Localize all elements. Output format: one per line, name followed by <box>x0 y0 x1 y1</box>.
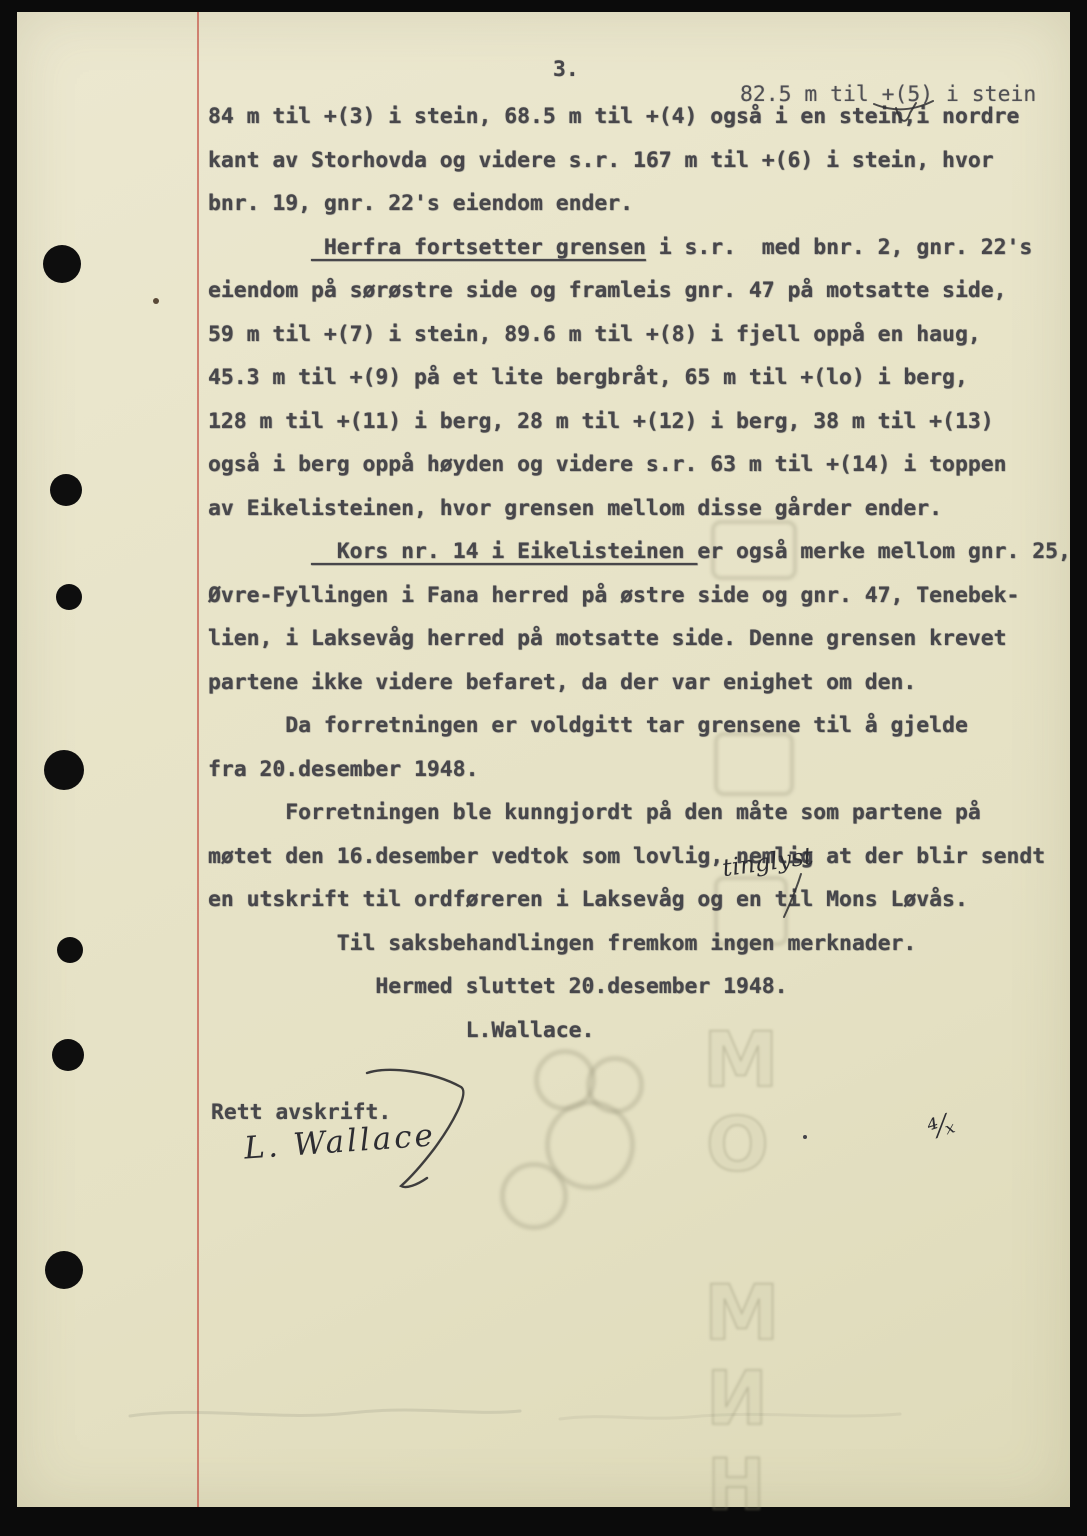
typewritten-line: 84 m til +(3) i stein, 68.5 m til +(4) o… <box>208 95 1068 139</box>
line-text: av Eikelisteinen, hvor grensen mellom di… <box>208 496 942 521</box>
underlined-text: Herfra fortsetter grensen <box>311 235 646 260</box>
typewritten-line: Øvre-Fyllingen i Fana herred på østre si… <box>208 574 1068 618</box>
line-text: fra 20.desember 1948. <box>208 757 478 782</box>
line-text: 128 m til +(11) i berg, 28 m til +(12) i… <box>208 409 994 434</box>
punch-hole <box>52 1039 84 1071</box>
ghost-letter: H <box>707 1450 766 1520</box>
line-text: møtet den 16.desember vedtok som lovlig,… <box>208 844 1045 869</box>
page-number: 3. <box>553 57 579 82</box>
line-text: Øvre-Fyllingen i Fana herred på østre si… <box>208 583 1019 608</box>
typewritten-line: 128 m til +(11) i berg, 28 m til +(12) i… <box>208 400 1068 444</box>
ink-speck <box>153 298 159 304</box>
ink-speck <box>803 1135 807 1139</box>
typewritten-line: L.Wallace. <box>208 1009 1068 1053</box>
line-text: 45.3 m til +(9) på et lite bergbråt, 65 … <box>208 365 968 390</box>
line-text: i s.r. med bnr. 2, gnr. 22's <box>646 235 1032 260</box>
line-text: Hermed sluttet 20.desember 1948. <box>208 974 788 999</box>
typewritten-line: møtet den 16.desember vedtok som lovlig,… <box>208 835 1068 879</box>
typewritten-line: Hermed sluttet 20.desember 1948. <box>208 965 1068 1009</box>
line-text: bnr. 19, gnr. 22's eiendom ender. <box>208 191 633 216</box>
line-text: en utskrift til ordføreren i Laksevåg og… <box>208 887 968 912</box>
typewritten-line: bnr. 19, gnr. 22's eiendom ender. <box>208 182 1068 226</box>
line-text: er også merke mellom gnr. 25, <box>697 539 1070 564</box>
ghost-ring-mark <box>500 1162 568 1230</box>
handwritten-margin-mark: ⁴⁄ₓ <box>924 1107 959 1146</box>
line-text: partene ikke videre befaret, da der var … <box>208 670 916 695</box>
line-text <box>208 235 311 260</box>
faint-pencil-scribble <box>130 1410 520 1416</box>
punch-hole <box>45 1251 83 1289</box>
typewritten-line: Herfra fortsetter grensen i s.r. med bnr… <box>208 226 1068 270</box>
typewritten-line: av Eikelisteinen, hvor grensen mellom di… <box>208 487 1068 531</box>
line-text: Da forretningen er voldgitt tar grensene… <box>208 713 968 738</box>
typewritten-line: også i berg oppå høyden og videre s.r. 6… <box>208 443 1068 487</box>
punch-hole <box>50 474 82 506</box>
typewritten-line: Kors nr. 14 i Eikelisteinen er også merk… <box>208 530 1068 574</box>
line-text: Forretningen ble kunngjordt på den måte … <box>208 800 981 825</box>
scanned-document-page: MOMNH 3. 82.5 m til +(5) i stein 84 m ti… <box>0 0 1087 1536</box>
line-text: kant av Storhovda og videre s.r. 167 m t… <box>208 148 994 173</box>
line-text: eiendom på sørøstre side og framleis gnr… <box>208 278 1006 303</box>
line-text: L.Wallace. <box>208 1018 594 1043</box>
line-text: 84 m til +(3) i stein, 68.5 m til +(4) o… <box>208 104 1019 129</box>
typewritten-line: Da forretningen er voldgitt tar grensene… <box>208 704 1068 748</box>
typewritten-line: lien, i Laksevåg herred på motsatte side… <box>208 617 1068 661</box>
line-text: 59 m til +(7) i stein, 89.6 m til +(8) i… <box>208 322 981 347</box>
line-text: også i berg oppå høyden og videre s.r. 6… <box>208 452 1006 477</box>
typewritten-line: partene ikke videre befaret, da der var … <box>208 661 1068 705</box>
typewritten-line: fra 20.desember 1948. <box>208 748 1068 792</box>
line-text: Til saksbehandlingen fremkom ingen merkn… <box>208 931 916 956</box>
line-text: lien, i Laksevåg herred på motsatte side… <box>208 626 1006 651</box>
typewritten-line: Til saksbehandlingen fremkom ingen merkn… <box>208 922 1068 966</box>
punch-hole <box>57 937 83 963</box>
typewritten-line: 45.3 m til +(9) på et lite bergbråt, 65 … <box>208 356 1068 400</box>
typewritten-line: eiendom på sørøstre side og framleis gnr… <box>208 269 1068 313</box>
typewritten-line: en utskrift til ordføreren i Laksevåg og… <box>208 878 1068 922</box>
punch-hole <box>44 750 84 790</box>
punch-hole <box>56 584 82 610</box>
ghost-letter: O <box>706 1108 769 1182</box>
line-text <box>208 539 311 564</box>
typewritten-line: Forretningen ble kunngjordt på den måte … <box>208 791 1068 835</box>
typewritten-line: 59 m til +(7) i stein, 89.6 m til +(8) i… <box>208 313 1068 357</box>
ghost-letter: M <box>704 1275 780 1351</box>
ghost-letter: N <box>706 1362 768 1436</box>
underlined-text: Kors nr. 14 i Eikelisteinen <box>311 539 697 564</box>
red-margin-rule <box>197 12 199 1507</box>
typewritten-line: kant av Storhovda og videre s.r. 167 m t… <box>208 139 1068 183</box>
punch-hole <box>43 245 81 283</box>
